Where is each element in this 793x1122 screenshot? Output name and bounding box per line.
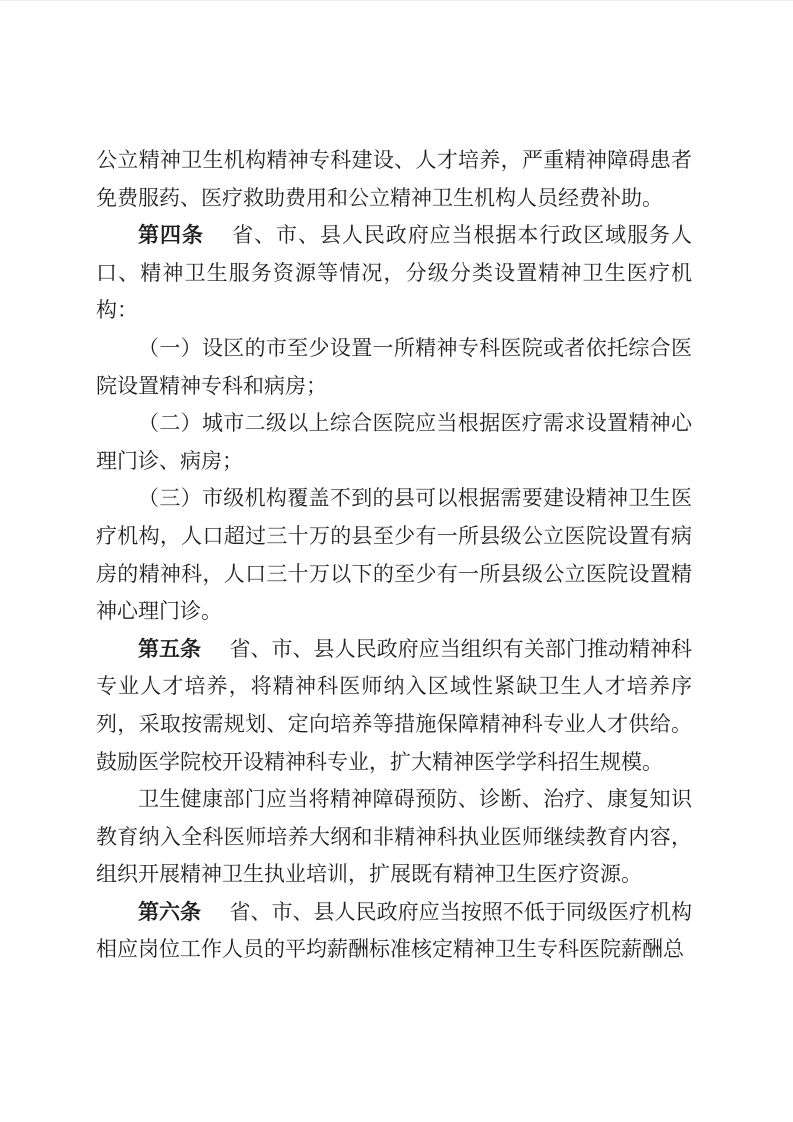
paragraph-article-4: 第四条省、市、县人民政府应当根据本行政区域服务人口、精神卫生服务资源等情况，分级… (96, 217, 692, 330)
paragraph-article-6: 第六条省、市、县人民政府应当按照不低于同级医疗机构相应岗位工作人员的平均薪酬标准… (96, 894, 692, 969)
paragraph-text: （一）设区的市至少设置一所精神专科医院或者依托综合医院设置精神专科和病房； (96, 336, 692, 398)
article-number: 第四条 (138, 223, 204, 247)
paragraph-item-3: （三）市级机构覆盖不到的县可以根据需要建设精神卫生医疗机构，人口超过三十万的县至… (96, 480, 692, 630)
article-number: 第六条 (138, 900, 201, 924)
article-number: 第五条 (138, 637, 201, 661)
paragraph-health-dept: 卫生健康部门应当将精神障碍预防、诊断、治疗、康复知识教育纳入全科医师培养大纲和非… (96, 781, 692, 894)
paragraph-article-5: 第五条省、市、县人民政府应当组织有关部门推动精神科专业人才培养，将精神科医师纳入… (96, 631, 692, 781)
paragraph-continuation: 公立精神卫生机构精神专科建设、人才培养，严重精神障碍患者免费服药、医疗救助费用和… (96, 142, 692, 217)
paragraph-text: 公立精神卫生机构精神专科建设、人才培养，严重精神障碍患者免费服药、医疗救助费用和… (96, 148, 692, 210)
paragraph-item-2: （二）城市二级以上综合医院应当根据医疗需求设置精神心理门诊、病房； (96, 405, 692, 480)
paragraph-text: （三）市级机构覆盖不到的县可以根据需要建设精神卫生医疗机构，人口超过三十万的县至… (96, 486, 692, 623)
document-page: 公立精神卫生机构精神专科建设、人才培养，严重精神障碍患者免费服药、医疗救助费用和… (0, 0, 793, 1122)
paragraph-text: （二）城市二级以上综合医院应当根据医疗需求设置精神心理门诊、病房； (96, 411, 692, 473)
paragraph-text: 卫生健康部门应当将精神障碍预防、诊断、治疗、康复知识教育纳入全科医师培养大纲和非… (96, 787, 692, 886)
paragraph-item-1: （一）设区的市至少设置一所精神专科医院或者依托综合医院设置精神专科和病房； (96, 330, 692, 405)
document-body: 公立精神卫生机构精神专科建设、人才培养，严重精神障碍患者免费服药、医疗救助费用和… (96, 142, 692, 969)
